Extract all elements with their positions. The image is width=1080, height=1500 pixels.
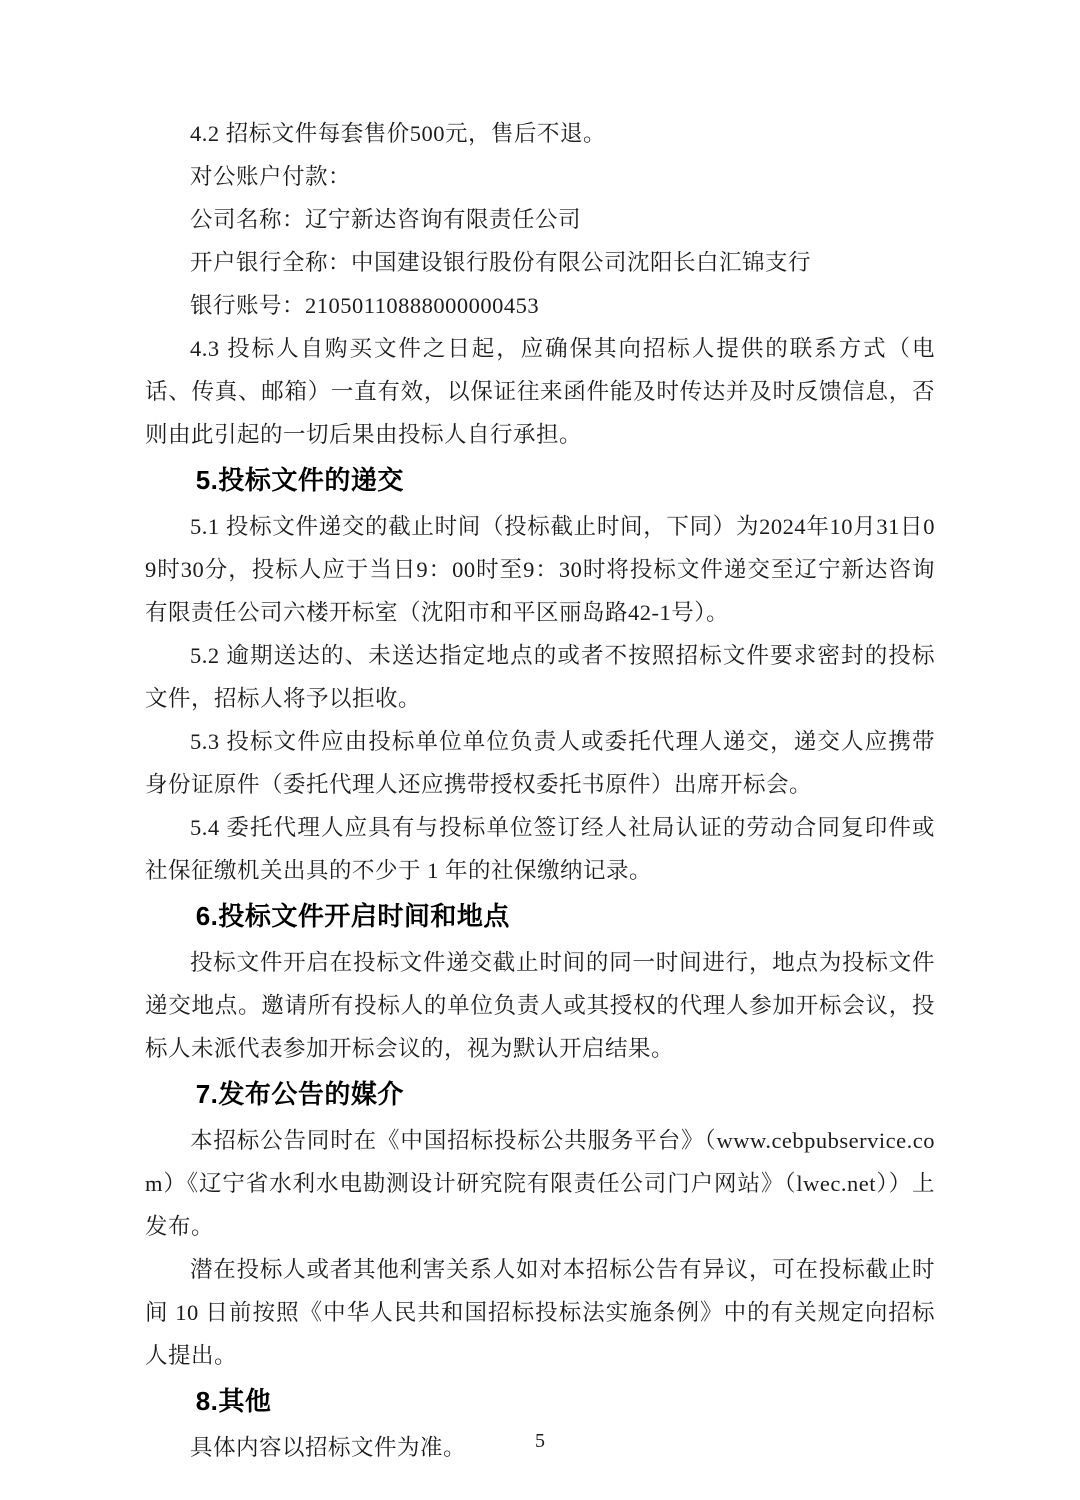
section-heading-5: 5.投标文件的递交: [145, 457, 935, 504]
paragraph-bank-name: 开户银行全称：中国建设银行股份有限公司沈阳长白汇锦支行: [145, 241, 935, 284]
paragraph-payment-account: 对公账户付款：: [145, 155, 935, 198]
document-page: 4.2 招标文件每套售价500元，售后不退。 对公账户付款： 公司名称：辽宁新达…: [0, 0, 1080, 1500]
paragraph-bank-account: 银行账号：21050110888000000453: [145, 284, 935, 327]
paragraph-contact-validity: 4.3 投标人自购买文件之日起，应确保其向招标人提供的联系方式（电话、传真、邮箱…: [145, 327, 935, 456]
paragraph-5-1-deadline: 5.1 投标文件递交的截止时间（投标截止时间，下同）为2024年10月31日09…: [145, 505, 935, 634]
document-body: 4.2 招标文件每套售价500元，售后不退。 对公账户付款： 公司名称：辽宁新达…: [145, 112, 935, 1469]
paragraph-5-3-delivery: 5.3 投标文件应由投标单位单位负责人或委托代理人递交，递交人应携带身份证原件（…: [145, 720, 935, 806]
page-number: 5: [0, 1430, 1080, 1453]
paragraph-7-media: 本招标公告同时在《中国招标投标公共服务平台》（www.cebpubservice…: [145, 1119, 935, 1248]
section-heading-7: 7.发布公告的媒介: [145, 1071, 935, 1118]
section-heading-8: 8.其他: [145, 1378, 935, 1425]
paragraph-5-4-agent: 5.4 委托代理人应具有与投标单位签订经人社局认证的劳动合同复印件或社保征缴机关…: [145, 806, 935, 892]
paragraph-6-opening: 投标文件开启在投标文件递交截止时间的同一时间进行，地点为投标文件递交地点。邀请所…: [145, 941, 935, 1070]
paragraph-company-name: 公司名称：辽宁新达咨询有限责任公司: [145, 198, 935, 241]
paragraph-price: 4.2 招标文件每套售价500元，售后不退。: [145, 112, 935, 155]
paragraph-5-2-rejection: 5.2 逾期送达的、未送达指定地点的或者不按照招标文件要求密封的投标文件，招标人…: [145, 634, 935, 720]
section-heading-6: 6.投标文件开启时间和地点: [145, 893, 935, 940]
paragraph-7-objection: 潜在投标人或者其他利害关系人如对本招标公告有异议，可在投标截止时间 10 日前按…: [145, 1248, 935, 1377]
